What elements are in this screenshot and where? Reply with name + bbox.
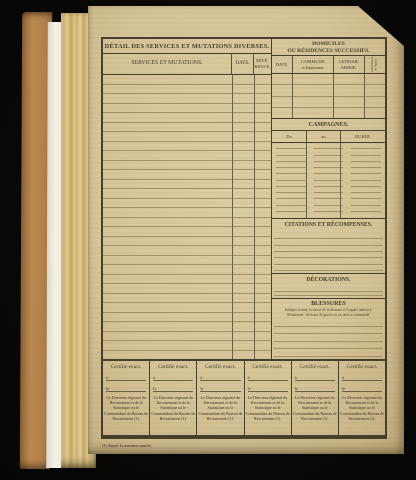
right-sections: DOMICILES OU RÉSIDENCES SUCCESSIFS. DATE… <box>272 39 385 359</box>
certify-place-line: à <box>153 374 193 381</box>
certify-authority-text: Le Directeur régional du Recrutement et … <box>339 392 385 421</box>
certify-column: Certifié exact. à le Le Directeur région… <box>245 361 292 435</box>
table-row <box>103 208 271 218</box>
domiciles-col-commune: COMMUNE et département. <box>292 56 333 73</box>
table-row <box>103 275 271 285</box>
certify-header: Certifié exact. <box>245 361 291 370</box>
certify-column: Certifié exact. à le Le Directeur région… <box>103 361 150 435</box>
certify-header: Certifié exact. <box>103 361 149 370</box>
table-row <box>272 212 385 218</box>
certification-band: Certifié exact. à le Le Directeur région… <box>103 359 385 435</box>
table-row <box>103 256 271 266</box>
matricule-form: DÉTAIL DES SERVICES ET MUTATIONS DIVERSE… <box>101 37 387 439</box>
decorations-lines <box>272 288 385 298</box>
blessures-caption: Indiquer la date, la nature de la blessu… <box>272 307 385 319</box>
table-row <box>103 132 271 142</box>
domiciles-rows <box>272 74 385 118</box>
table-row <box>272 85 385 96</box>
certify-header: Certifié exact. <box>150 361 196 370</box>
certify-authority-text: Le Directeur régional du Recrutement et … <box>103 392 149 421</box>
services-table: DÉTAIL DES SERVICES ET MUTATIONS DIVERSE… <box>103 39 272 359</box>
table-row <box>103 170 271 180</box>
ruled-line <box>274 292 383 296</box>
table-row <box>103 113 271 123</box>
table-row <box>272 108 385 118</box>
table-row <box>103 189 271 199</box>
table-row <box>103 180 271 190</box>
table-row <box>103 104 271 114</box>
table-row <box>103 218 271 228</box>
certify-date-line: le <box>153 385 193 392</box>
table-row <box>103 246 271 256</box>
certify-column: Certifié exact. à le Le Directeur région… <box>339 361 385 435</box>
domiciles-col-gendarmerie: GENDAR- MERIE. <box>333 56 364 73</box>
certify-header: Certifié exact. <box>197 361 243 370</box>
services-rows <box>103 75 271 359</box>
certify-place-line: à <box>342 374 382 381</box>
certify-place-line: à <box>200 374 240 381</box>
table-row <box>103 237 271 247</box>
certify-authority-text: Le Directeur régional du Recrutement et … <box>197 392 243 421</box>
table-row <box>103 341 271 351</box>
certify-column: Certifié exact. à le Le Directeur région… <box>292 361 339 435</box>
certify-place-line: à <box>248 374 288 381</box>
table-row <box>103 151 271 161</box>
ruled-line <box>274 265 383 271</box>
table-row <box>272 97 385 108</box>
table-row <box>103 284 271 294</box>
services-title: DÉTAIL DES SERVICES ET MUTATIONS DIVERSE… <box>103 39 271 54</box>
certify-date-line: le <box>295 385 335 392</box>
certify-header: Certifié exact. <box>339 361 385 370</box>
services-col-date: DATE. <box>231 54 253 74</box>
campagnes-title: CAMPAGNES. <box>272 119 385 131</box>
domiciles-col-subdivision: Subdivision de région. <box>364 56 385 73</box>
table-row <box>103 313 271 323</box>
domiciles-title: DOMICILES OU RÉSIDENCES SUCCESSIFS. <box>272 39 385 56</box>
services-header-row: SERVICES ET MUTATIONS. DATE. RÉFÉ- RENCE… <box>103 54 271 75</box>
decorations-title: DÉCORATIONS. <box>272 274 385 288</box>
table-row <box>103 85 271 95</box>
decorations-section: DÉCORATIONS. <box>272 274 385 299</box>
domiciles-col-date: DATE. <box>272 56 292 73</box>
table-row <box>103 199 271 209</box>
column-divider <box>292 74 293 118</box>
blessures-title: BLESSURES <box>272 299 385 307</box>
form-main-region: DÉTAIL DES SERVICES ET MUTATIONS DIVERSE… <box>103 39 385 359</box>
citations-lines <box>272 233 385 273</box>
table-row <box>103 142 271 152</box>
table-row <box>103 294 271 304</box>
column-divider <box>232 75 233 359</box>
blessures-lines <box>272 319 385 359</box>
table-row <box>103 322 271 332</box>
ruled-line <box>274 342 383 350</box>
certify-date-line: le <box>106 385 146 392</box>
table-row <box>103 303 271 313</box>
column-divider <box>306 143 307 218</box>
citations-section: CITATIONS ET RÉCOMPENSES. <box>272 219 385 274</box>
campagnes-col-duree: DURÉE. <box>340 131 385 142</box>
scanned-register-spread: DÉTAIL DES SERVICES ET MUTATIONS DIVERSE… <box>0 0 416 480</box>
table-row <box>103 94 271 104</box>
table-row <box>103 227 271 237</box>
certify-date-line: le <box>342 385 382 392</box>
column-divider <box>333 74 334 118</box>
column-divider <box>364 74 365 118</box>
certify-place-line: à <box>295 374 335 381</box>
register-page: DÉTAIL DES SERVICES ET MUTATIONS DIVERSE… <box>88 6 404 454</box>
table-row <box>272 74 385 85</box>
domiciles-table: DOMICILES OU RÉSIDENCES SUCCESSIFS. DATE… <box>272 39 385 119</box>
table-row <box>103 123 271 133</box>
citations-title: CITATIONS ET RÉCOMPENSES. <box>272 219 385 233</box>
column-divider <box>254 75 255 359</box>
certify-column: Certifié exact. à le Le Directeur région… <box>197 361 244 435</box>
table-row <box>103 332 271 342</box>
campagnes-col-au: au <box>306 131 340 142</box>
table-row <box>103 75 271 85</box>
certify-header: Certifié exact. <box>292 361 338 370</box>
table-row <box>103 265 271 275</box>
blessures-section: BLESSURES Indiquer la date, la nature de… <box>272 299 385 359</box>
certify-authority-text: Le Directeur régional du Recrutement et … <box>150 392 196 421</box>
ruled-line <box>274 349 383 357</box>
certify-column: Certifié exact. à le Le Directeur région… <box>150 361 197 435</box>
certify-authority-text: Le Directeur régional du Recrutement et … <box>245 392 291 421</box>
table-row <box>103 351 271 360</box>
ruled-line <box>274 319 383 327</box>
campagnes-col-du: Du <box>272 131 306 142</box>
services-col-main: SERVICES ET MUTATIONS. <box>103 54 231 74</box>
domiciles-header-row: DATE. COMMUNE et département. GENDAR- ME… <box>272 56 385 74</box>
certify-place-line: à <box>106 374 146 381</box>
footnote: (1) Rayer la mention inutile. <box>102 443 152 448</box>
column-divider <box>340 143 341 218</box>
certify-date-line: le <box>200 385 240 392</box>
services-col-reference: RÉFÉ- RENCE. <box>253 54 271 74</box>
campagnes-rows <box>272 143 385 218</box>
certify-authority-text: Le Directeur régional du Recrutement et … <box>292 392 338 421</box>
ruled-line <box>274 334 383 342</box>
ruled-line <box>274 327 383 335</box>
certify-date-line: le <box>248 385 288 392</box>
table-row <box>103 161 271 171</box>
campagnes-header-row: Du au DURÉE. <box>272 131 385 143</box>
campagnes-table: CAMPAGNES. Du au DURÉE. <box>272 119 385 219</box>
